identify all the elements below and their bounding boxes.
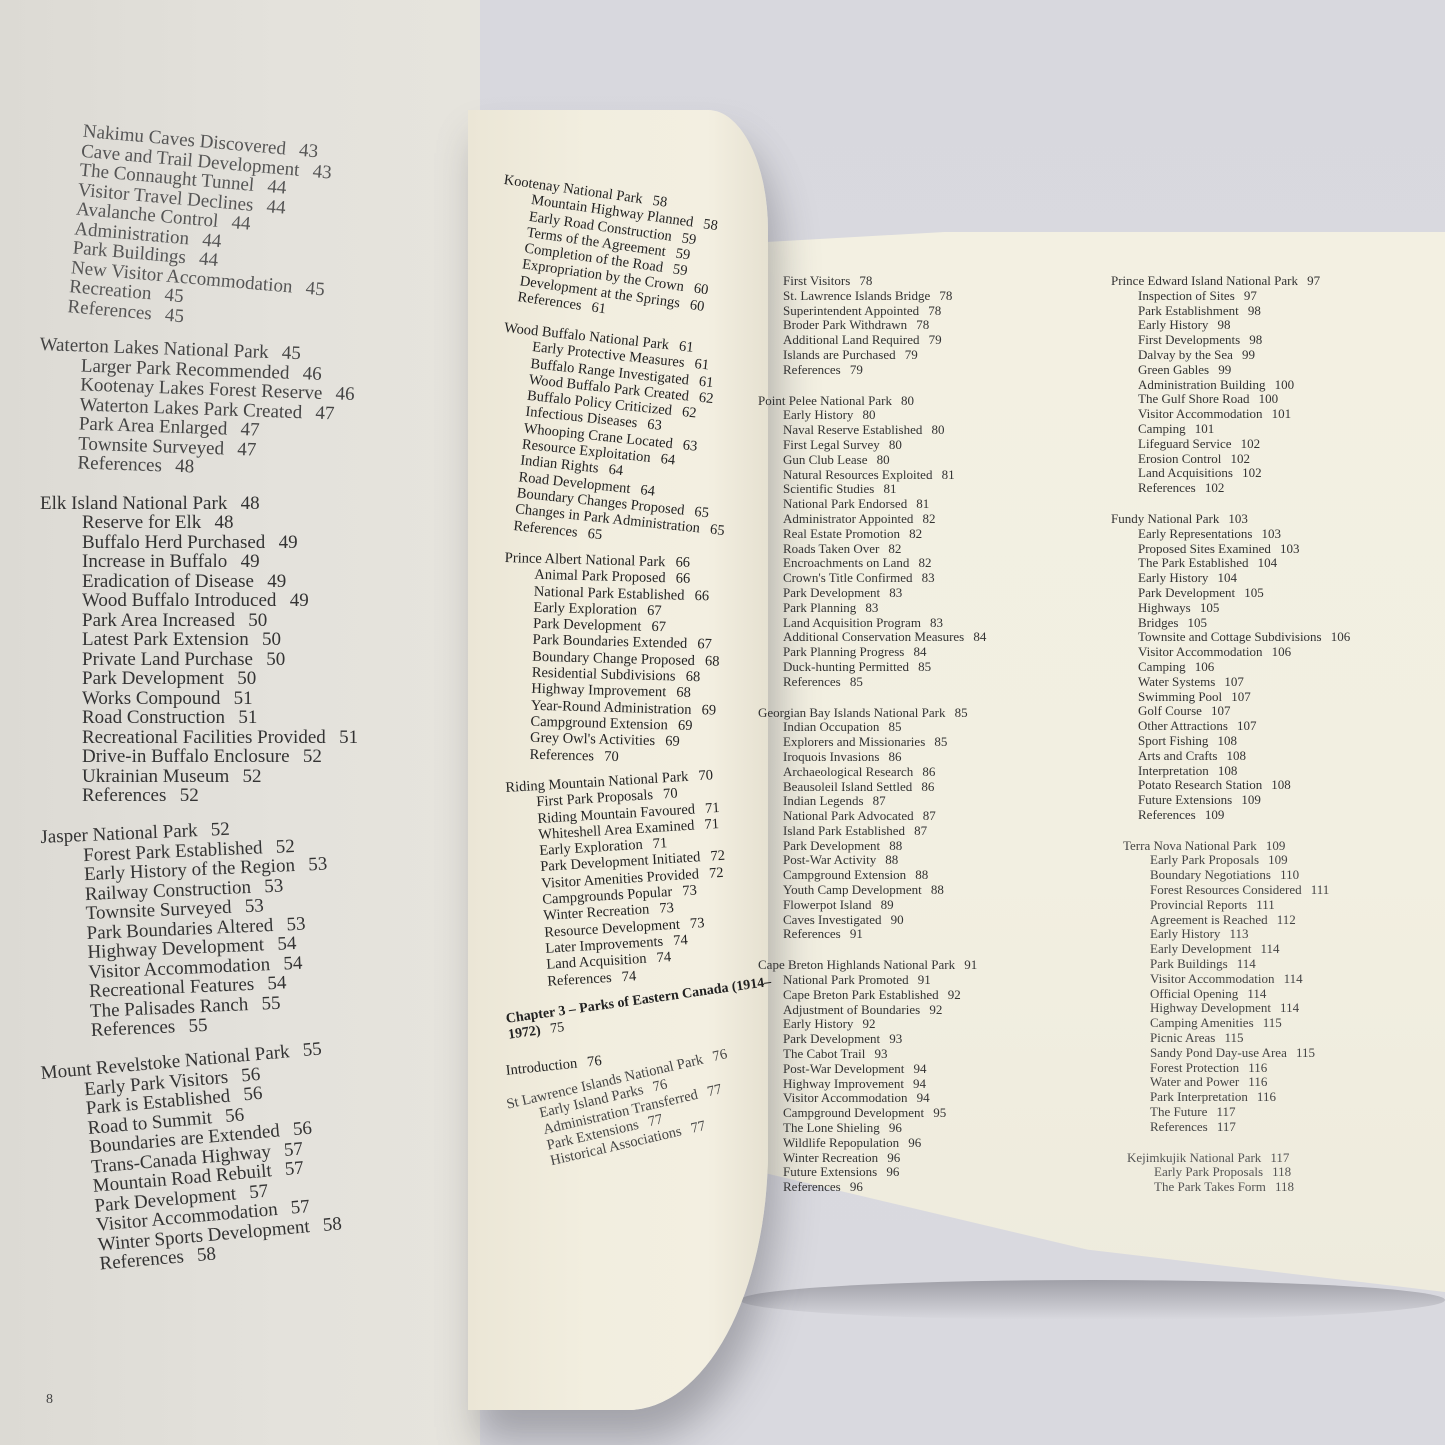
toc-entry: Green Gables99	[1111, 363, 1350, 378]
entry-title: The Park Established	[1138, 555, 1248, 570]
toc-park-riding-mountain: Riding Mountain National Park70First Par…	[505, 764, 785, 992]
toc-park-waterton: Waterton Lakes National Park45Larger Par…	[35, 335, 358, 483]
toc-entry: Dalvay by the Sea99	[1111, 348, 1350, 363]
entry-page-number: 114	[1280, 1000, 1299, 1015]
entry-page-number: 78	[916, 317, 929, 332]
entry-page-number: 52	[243, 766, 262, 787]
entry-title: Youth Camp Development	[783, 882, 922, 897]
toc-entry: Early History80	[758, 408, 986, 423]
entry-title: Park Development	[783, 1031, 880, 1046]
entry-page-number: 77	[706, 1081, 724, 1100]
entry-title: Camping	[1138, 659, 1186, 674]
entry-page-number: 84	[973, 629, 986, 644]
entry-title: Ukrainian Museum	[82, 766, 229, 787]
toc-entry: Picnic Areas115	[1123, 1031, 1350, 1046]
entry-page-number: 66	[675, 555, 690, 571]
toc-entry: Park Planning Progress84	[758, 645, 986, 660]
entry-page-number: 60	[689, 297, 706, 315]
entry-page-number: 73	[659, 900, 674, 917]
toc-entry: Campground Extension88	[758, 868, 986, 883]
entry-page-number: 83	[922, 570, 935, 585]
entry-page-number: 114	[1237, 956, 1256, 971]
entry-page-number: 50	[248, 610, 267, 631]
toc-entry: Golf Course107	[1111, 704, 1350, 719]
entry-page-number: 49	[279, 532, 298, 553]
toc-entry: Early Representations103	[1111, 527, 1350, 542]
entry-page-number: 80	[889, 437, 902, 452]
toc-entry: Beausoleil Island Settled86	[758, 780, 986, 795]
entry-page-number: 86	[922, 764, 935, 779]
entry-page-number: 52	[210, 818, 230, 840]
entry-page-number: 61	[694, 357, 710, 374]
entry-page-number: 51	[238, 707, 257, 728]
entry-title: References	[783, 1179, 841, 1194]
entry-page-number: 107	[1224, 674, 1244, 689]
entry-page-number: 116	[1257, 1089, 1276, 1104]
entry-page-number: 52	[180, 785, 199, 806]
toc-entry: Land Acquisition Program83	[758, 616, 986, 631]
entry-page-number: 106	[1195, 659, 1215, 674]
toc-middle-column: Kootenay National Park58Mountain Highway…	[505, 172, 773, 1196]
toc-continuation-st-lawrence: First Visitors78St. Lawrence Islands Bri…	[758, 274, 986, 378]
entry-page-number: 64	[640, 482, 656, 499]
entry-page-number: 61	[698, 374, 714, 391]
toc-entry: Agreement is Reached112	[1123, 913, 1350, 928]
entry-title: Campground Extension	[783, 867, 906, 882]
entry-page-number: 60	[693, 281, 710, 299]
toc-right-column-1: First Visitors78St. Lawrence Islands Bri…	[758, 274, 986, 1211]
entry-title: Road Construction	[82, 707, 225, 728]
entry-page-number: 107	[1211, 703, 1231, 718]
entry-page-number: 91	[964, 957, 977, 972]
entry-title: Duck-hunting Permitted	[783, 659, 909, 674]
entry-title: The Future	[1150, 1104, 1207, 1119]
entry-page-number: 54	[277, 932, 297, 954]
entry-page-number: 71	[652, 836, 667, 853]
entry-page-number: 55	[302, 1038, 323, 1061]
entry-title: Early History	[783, 1016, 853, 1031]
entry-page-number: 103	[1228, 511, 1248, 526]
entry-page-number: 47	[315, 402, 335, 424]
entry-title: National Park Promoted	[783, 972, 909, 987]
entry-title: Fundy National Park	[1111, 511, 1219, 526]
entry-title: National Park Endorsed	[783, 496, 907, 511]
entry-title: Green Gables	[1138, 362, 1209, 377]
entry-page-number: 56	[242, 1083, 263, 1106]
entry-page-number: 48	[215, 512, 234, 533]
entry-title: References	[1138, 807, 1196, 822]
entry-page-number: 106	[1331, 629, 1351, 644]
toc-park-cape-breton-highlands: Cape Breton Highlands National Park91Nat…	[758, 958, 986, 1195]
toc-entry: Indian Occupation85	[758, 720, 986, 735]
entry-page-number: 83	[930, 615, 943, 630]
entry-page-number: 85	[955, 705, 968, 720]
entry-page-number: 45	[164, 304, 185, 327]
entry-title: Park Planning Progress	[783, 644, 904, 659]
entry-title: Wildlife Repopulation	[783, 1135, 899, 1150]
toc-entry: Visitor Accommodation101	[1111, 407, 1350, 422]
entry-page-number: 104	[1218, 570, 1238, 585]
entry-page-number: 79	[905, 347, 918, 362]
entry-title: Cape Breton Park Established	[783, 987, 939, 1002]
entry-title: Official Opening	[1150, 986, 1238, 1001]
toc-entry: Duck-hunting Permitted85	[758, 660, 986, 675]
entry-title: Georgian Bay Islands National Park	[758, 705, 946, 720]
toc-entry: Real Estate Promotion82	[758, 527, 986, 542]
entry-title: Visitor Accommodation	[1138, 406, 1263, 421]
entry-page-number: 96	[908, 1135, 921, 1150]
entry-page-number: 115	[1296, 1045, 1315, 1060]
entry-title: Winter Recreation	[783, 1150, 878, 1165]
toc-entry: Indian Legends87	[758, 794, 986, 809]
park-heading: Kejimkujik National Park117	[1127, 1151, 1350, 1166]
entry-title: Point Pelee National Park	[758, 393, 892, 408]
entry-page-number: 74	[621, 968, 636, 985]
entry-title: Administrator Appointed	[783, 511, 913, 526]
park-heading: Georgian Bay Islands National Park85	[758, 706, 986, 721]
entry-title: Scientific Studies	[783, 481, 874, 496]
entry-page-number: 98	[1218, 317, 1231, 332]
toc-entry: Increase in Buffalo49	[40, 552, 358, 572]
entry-title: Other Attractions	[1138, 718, 1228, 733]
entry-page-number: 109	[1266, 838, 1286, 853]
entry-page-number: 117	[1217, 1104, 1236, 1119]
entry-title: Elk Island National Park	[40, 493, 227, 514]
toc-entry: Eradication of Disease49	[40, 572, 358, 592]
entry-page-number: 69	[678, 718, 693, 734]
entry-page-number: 44	[266, 196, 287, 219]
park-heading: Terra Nova National Park109	[1123, 839, 1350, 854]
entry-page-number: 70	[698, 767, 713, 784]
entry-page-number: 103	[1262, 526, 1282, 541]
entry-page-number: 71	[704, 816, 719, 833]
entry-page-number: 110	[1280, 867, 1299, 882]
entry-page-number: 118	[1272, 1164, 1291, 1179]
entry-page-number: 70	[663, 786, 678, 803]
entry-page-number: 65	[587, 526, 603, 543]
entry-title: Park Development	[783, 838, 880, 853]
entry-page-number: 91	[850, 926, 863, 941]
entry-title: First Legal Survey	[783, 437, 880, 452]
toc-entry: Park Area Increased50	[40, 611, 358, 631]
toc-left-column: Nakimu Caves Discovered43Cave and Trail …	[40, 118, 358, 1301]
entry-title: Bridges	[1138, 615, 1178, 630]
toc-park-kootenay: Kootenay National Park58Mountain Highway…	[487, 172, 770, 338]
toc-entry: Townsite and Cottage Subdivisions106	[1111, 630, 1350, 645]
entry-title: The Lone Shieling	[783, 1120, 880, 1135]
entry-page-number: 82	[918, 555, 931, 570]
entry-title: References	[77, 452, 162, 476]
entry-title: Reserve for Elk	[82, 512, 201, 533]
entry-title: References	[783, 674, 841, 689]
entry-page-number: 53	[264, 874, 284, 896]
entry-page-number: 82	[909, 526, 922, 541]
entry-page-number: 64	[660, 452, 676, 469]
entry-title: Provincial Reports	[1150, 897, 1247, 912]
entry-page-number: 117	[1217, 1119, 1236, 1134]
toc-entry: Park Development83	[758, 586, 986, 601]
entry-page-number: 109	[1205, 807, 1225, 822]
toc-entry: Park Establishment98	[1111, 304, 1350, 319]
entry-page-number: 72	[710, 848, 725, 865]
toc-entry: Camping101	[1111, 422, 1350, 437]
entry-page-number: 101	[1195, 421, 1215, 436]
entry-page-number: 116	[1248, 1060, 1267, 1075]
page-number: 8	[46, 1392, 53, 1408]
entry-page-number: 47	[237, 438, 257, 460]
entry-page-number: 72	[709, 865, 724, 882]
entry-page-number: 92	[863, 1016, 876, 1031]
entry-page-number: 64	[608, 462, 624, 479]
toc-entry: Camping106	[1111, 660, 1350, 675]
entry-page-number: 50	[262, 629, 281, 650]
entry-title: Early History	[1138, 317, 1208, 332]
entry-title: National Park Advocated	[783, 808, 914, 823]
toc-entry: Visitor Accommodation106	[1111, 645, 1350, 660]
entry-title: St. Lawrence Islands Bridge	[783, 288, 930, 303]
toc-entry: References109	[1111, 808, 1350, 823]
entry-title: Potato Research Station	[1138, 777, 1262, 792]
entry-page-number: 52	[303, 746, 322, 767]
entry-title: Park Development	[1138, 585, 1235, 600]
entry-title: Explorers and Missionaries	[783, 734, 925, 749]
toc-entry: Superintendent Appointed78	[758, 304, 986, 319]
entry-page-number: 68	[705, 653, 720, 669]
entry-title: Crown's Title Confirmed	[783, 570, 912, 585]
entry-page-number: 66	[676, 571, 691, 587]
entry-page-number: 109	[1268, 852, 1288, 867]
entry-page-number: 44	[231, 212, 252, 235]
toc-entry: References102	[1111, 481, 1350, 496]
entry-title: References	[783, 362, 841, 377]
toc-entry: Cape Breton Park Established92	[758, 988, 986, 1003]
entry-title: Camping Amenities	[1150, 1015, 1254, 1030]
entry-page-number: 53	[244, 895, 264, 917]
toc-entry: Park Buildings114	[1123, 957, 1350, 972]
toc-entry: Forest Protection116	[1123, 1061, 1350, 1076]
entry-page-number: 98	[1249, 332, 1262, 347]
entry-page-number: 102	[1241, 436, 1261, 451]
toc-entry: National Park Advocated87	[758, 809, 986, 824]
entry-page-number: 58	[652, 193, 669, 211]
toc-entry: References85	[758, 675, 986, 690]
entry-page-number: 86	[889, 749, 902, 764]
toc-entry: Early History92	[758, 1017, 986, 1032]
toc-entry: Swimming Pool107	[1111, 690, 1350, 705]
entry-page-number: 52	[275, 835, 295, 857]
entry-page-number: 88	[915, 867, 928, 882]
toc-entry: Proposed Sites Examined103	[1111, 542, 1350, 557]
toc-entry: Post-War Activity88	[758, 853, 986, 868]
entry-title: Roads Taken Over	[783, 541, 879, 556]
toc-entry: Early Development114	[1123, 942, 1350, 957]
entry-title: Indian Legends	[783, 793, 864, 808]
toc-entry: Highway Development114	[1123, 1001, 1350, 1016]
park-heading: Prince Edward Island National Park97	[1111, 274, 1350, 289]
entry-page-number: 45	[305, 277, 326, 300]
entry-title: Early History	[783, 407, 853, 422]
toc-entry: Crown's Title Confirmed83	[758, 571, 986, 586]
entry-title: Sport Fishing	[1138, 733, 1208, 748]
entry-title: Inspection of Sites	[1138, 288, 1235, 303]
toc-entry: Sport Fishing108	[1111, 734, 1350, 749]
entry-page-number: 91	[918, 972, 931, 987]
entry-title: Visitor Accommodation	[1138, 644, 1263, 659]
entry-page-number: 88	[885, 852, 898, 867]
entry-title: Wood Buffalo Introduced	[82, 590, 276, 611]
entry-page-number: 73	[689, 915, 704, 932]
entry-title: Park Planning	[783, 600, 856, 615]
entry-title: Arts and Crafts	[1138, 748, 1217, 763]
toc-entry: National Park Promoted91	[758, 973, 986, 988]
park-heading: Cape Breton Highlands National Park91	[758, 958, 986, 973]
entry-page-number: 108	[1218, 763, 1238, 778]
entry-title: Highways	[1138, 600, 1191, 615]
entry-page-number: 43	[298, 140, 319, 163]
entry-page-number: 108	[1227, 748, 1247, 763]
toc-entry: First Legal Survey80	[758, 438, 986, 453]
entry-page-number: 115	[1224, 1030, 1243, 1045]
entry-page-number: 102	[1231, 451, 1251, 466]
entry-title: References	[783, 926, 841, 941]
toc-park-georgian-bay-islands: Georgian Bay Islands National Park85Indi…	[758, 706, 986, 943]
entry-title: Forest Resources Considered	[1150, 882, 1302, 897]
toc-entry: Encroachments on Land82	[758, 556, 986, 571]
entry-title: Interpretation	[1138, 763, 1209, 778]
entry-page-number: 104	[1258, 555, 1278, 570]
toc-entry: Other Attractions107	[1111, 719, 1350, 734]
entry-title: Park Development	[82, 668, 224, 689]
toc-park-prince-albert: Prince Albert National Park66Animal Park…	[499, 550, 772, 769]
entry-title: Additional Land Required	[783, 332, 919, 347]
toc-entry: Ukrainian Museum52	[40, 767, 358, 787]
toc-entry: Early History104	[1111, 571, 1350, 586]
entry-title: Dalvay by the Sea	[1138, 347, 1233, 362]
entry-page-number: 108	[1271, 777, 1291, 792]
toc-entry: Caves Investigated90	[758, 913, 986, 928]
entry-page-number: 103	[1280, 541, 1300, 556]
entry-page-number: 44	[267, 176, 288, 199]
toc-entry: Bridges105	[1111, 616, 1350, 631]
toc-entry: Archaeological Research86	[758, 765, 986, 780]
entry-page-number: 105	[1244, 585, 1264, 600]
entry-title: Islands are Purchased	[783, 347, 896, 362]
toc-entry: The Lone Shieling96	[758, 1121, 986, 1136]
toc-entry: Flowerpot Island89	[758, 898, 986, 913]
entry-page-number: 58	[322, 1213, 343, 1236]
entry-page-number: 96	[886, 1164, 899, 1179]
entry-title: Swimming Pool	[1138, 689, 1222, 704]
entry-page-number: 69	[701, 702, 716, 718]
entry-title: Park Establishment	[1138, 303, 1239, 318]
toc-entry: Drive-in Buffalo Enclosure52	[40, 747, 358, 767]
entry-page-number: 86	[921, 779, 934, 794]
entry-page-number: 100	[1259, 391, 1279, 406]
entry-title: Agreement is Reached	[1150, 912, 1268, 927]
toc-entry: Park Development50	[40, 669, 358, 689]
entry-page-number: 76	[711, 1046, 729, 1065]
entry-title: Boundary Negotiations	[1150, 867, 1271, 882]
toc-entry: Iroquois Invasions86	[758, 750, 986, 765]
entry-page-number: 109	[1241, 792, 1261, 807]
entry-page-number: 46	[335, 383, 355, 405]
entry-page-number: 51	[234, 688, 253, 709]
entry-page-number: 59	[681, 230, 698, 248]
entry-page-number: 114	[1284, 971, 1303, 986]
toc-entry: The Cabot Trail93	[758, 1047, 986, 1062]
toc-entry: Highways105	[1111, 601, 1350, 616]
entry-title: Water and Power	[1150, 1074, 1239, 1089]
entry-page-number: 48	[241, 493, 260, 514]
toc-entry: Reserve for Elk48	[40, 513, 358, 533]
entry-page-number: 56	[292, 1118, 313, 1141]
entry-title: Archaeological Research	[783, 764, 913, 779]
park-heading: Point Pelee National Park80	[758, 394, 986, 409]
entry-title: Natural Resources Exploited	[783, 467, 932, 482]
entry-page-number: 51	[339, 727, 358, 748]
entry-page-number: 66	[694, 588, 709, 604]
entry-page-number: 111	[1256, 897, 1275, 912]
toc-entry: Sandy Pond Day-use Area115	[1123, 1046, 1350, 1061]
entry-title: Park Interpretation	[1150, 1089, 1248, 1104]
entry-title: Kejimkujik National Park	[1127, 1150, 1261, 1165]
entry-page-number: 78	[859, 273, 872, 288]
entry-page-number: 92	[929, 1002, 942, 1017]
toc-entry: Administration Building100	[1111, 378, 1350, 393]
entry-page-number: 85	[850, 674, 863, 689]
entry-page-number: 102	[1242, 465, 1262, 480]
entry-title: Iroquois Invasions	[783, 749, 879, 764]
toc-entry: References91	[758, 927, 986, 942]
entry-page-number: 65	[694, 504, 710, 521]
entry-title: Lifeguard Service	[1138, 436, 1231, 451]
entry-page-number: 100	[1275, 377, 1295, 392]
entry-page-number: 74	[673, 932, 688, 949]
entry-page-number: 99	[1242, 347, 1255, 362]
toc-entry: Recreational Facilities Provided51	[40, 728, 358, 748]
entry-title: Recreational Facilities Provided	[82, 727, 326, 748]
entry-title: Future Extensions	[1138, 792, 1232, 807]
entry-page-number: 68	[676, 685, 691, 701]
entry-title: Future Extensions	[783, 1164, 877, 1179]
entry-page-number: 80	[931, 422, 944, 437]
toc-entry: The Park Established104	[1111, 556, 1350, 571]
entry-page-number: 99	[1218, 362, 1231, 377]
entry-title: Land Acquisitions	[1138, 465, 1233, 480]
entry-page-number: 85	[934, 734, 947, 749]
entry-page-number: 80	[901, 393, 914, 408]
entry-title: First Developments	[1138, 332, 1240, 347]
toc-entry: Water Systems107	[1111, 675, 1350, 690]
toc-entry: Highway Improvement94	[758, 1077, 986, 1092]
entry-title: Visitor Accommodation	[783, 1090, 908, 1105]
entry-title: Park Area Increased	[82, 610, 235, 631]
entry-page-number: 62	[698, 390, 714, 407]
entry-page-number: 92	[948, 987, 961, 1002]
entry-title: Water Systems	[1138, 674, 1215, 689]
entry-page-number: 70	[604, 748, 619, 764]
toc-park-terra-nova: Terra Nova National Park109Early Park Pr…	[1111, 839, 1350, 1135]
entry-page-number: 55	[261, 992, 281, 1014]
entry-title: The Cabot Trail	[783, 1046, 865, 1061]
toc-entry: Road Construction51	[40, 708, 358, 728]
toc-entry: Post-War Development94	[758, 1062, 986, 1077]
toc-entry: National Park Endorsed81	[758, 497, 986, 512]
toc-entry: Private Land Purchase50	[40, 650, 358, 670]
toc-entry: Gun Club Lease80	[758, 453, 986, 468]
entry-title: Early Park Proposals	[1154, 1164, 1263, 1179]
toc-entry: Explorers and Missionaries85	[758, 735, 986, 750]
